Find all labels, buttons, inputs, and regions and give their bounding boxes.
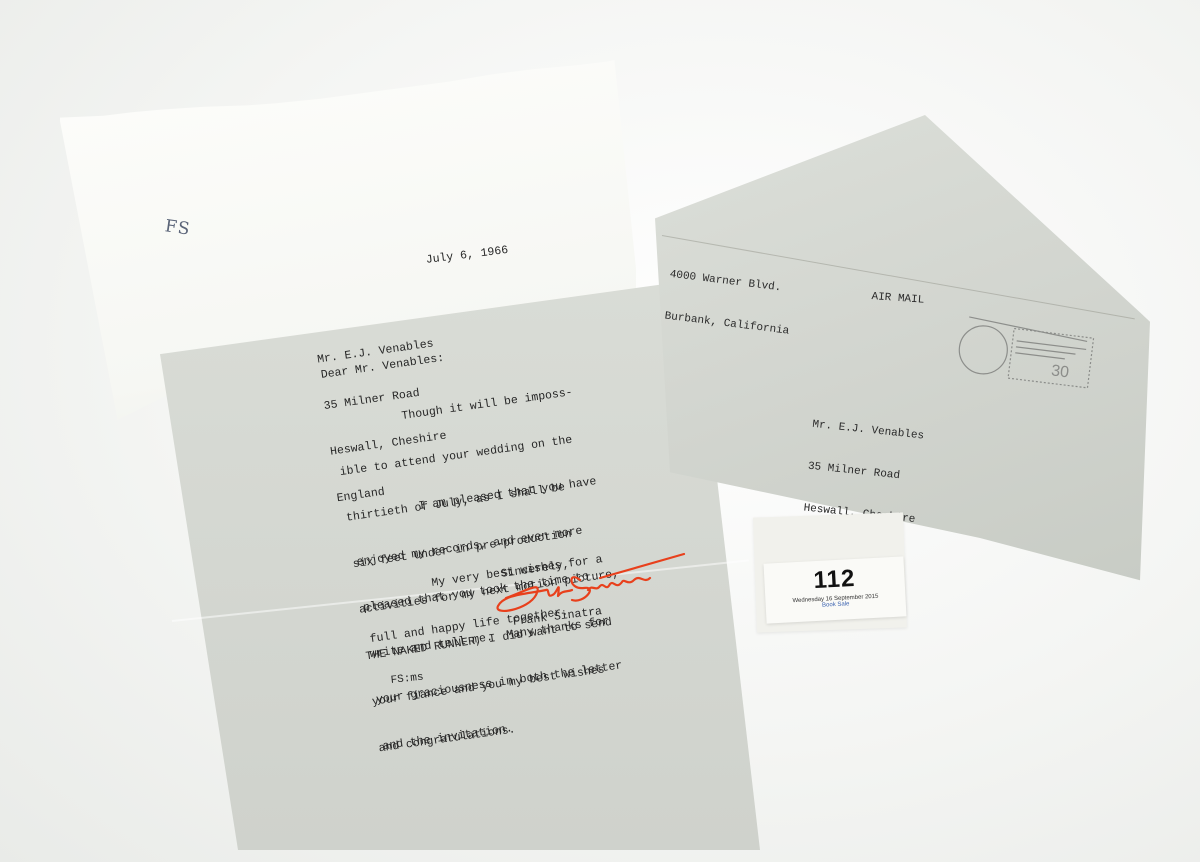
text-line: and the invitation. [382, 704, 630, 754]
text-line: I am pleased that you have [349, 474, 597, 524]
svg-text:30: 30 [1050, 362, 1070, 381]
lot-number: 112 [764, 562, 905, 597]
letterhead-monogram: FS [164, 216, 192, 239]
address-line: 4000 Warner Blvd. [669, 268, 795, 297]
address-line: 35 Milner Road [807, 460, 920, 486]
address-line: Mr. E.J. Venables [812, 418, 925, 444]
photo-scene: FS July 6, 1966 Mr. E.J. Venables 35 Mil… [0, 0, 1200, 862]
address-line: Burbank, California [664, 309, 790, 338]
envelope-return-address: 4000 Warner Blvd. Burbank, California [660, 240, 798, 366]
lot-ticket: 112 Wednesday 16 September 2015 Book Sal… [764, 556, 907, 623]
text-line: Though it will be imposs- [332, 382, 594, 434]
